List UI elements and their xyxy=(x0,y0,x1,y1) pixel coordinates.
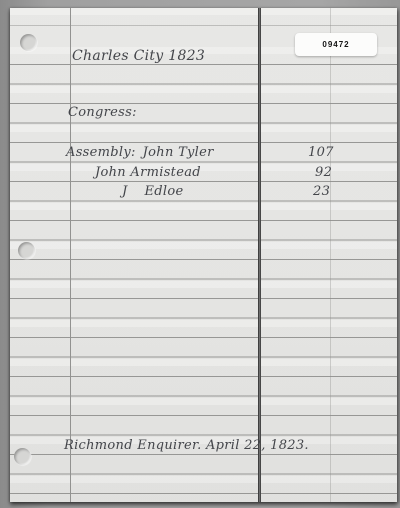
punch-hole-middle xyxy=(18,242,35,259)
column-divider-line xyxy=(258,8,261,502)
catalog-sticker: 09472 xyxy=(295,33,377,56)
faint-column-line xyxy=(330,8,331,502)
page-title: Charles City 1823 xyxy=(72,49,205,63)
candidate-name: John Armistead xyxy=(95,165,201,180)
source-citation: Richmond Enquirer. April 22, 1823. xyxy=(64,439,309,452)
tally-row: John Armistead xyxy=(95,166,201,179)
section-heading: Congress: xyxy=(68,106,137,119)
tally-row: JEdloe xyxy=(122,185,184,198)
office-label: Assembly: xyxy=(66,145,136,160)
scanned-ledger-page: 09472 Charles City 1823 Congress: Assemb… xyxy=(10,8,397,502)
vote-count: 107 xyxy=(308,146,334,159)
candidate-surname: Edloe xyxy=(145,184,184,199)
left-margin-line xyxy=(70,8,71,502)
candidate-initial: J xyxy=(122,184,128,199)
candidate-name: John Tyler xyxy=(143,145,214,160)
catalog-number: 09472 xyxy=(322,40,349,49)
vote-count: 92 xyxy=(315,166,332,179)
top-rule-line xyxy=(10,25,397,26)
vote-count: 23 xyxy=(313,185,330,198)
punch-hole-bottom xyxy=(14,448,31,465)
punch-hole-top xyxy=(20,34,37,51)
tally-row: Assembly:John Tyler xyxy=(66,146,214,159)
ruled-lines xyxy=(10,64,397,500)
